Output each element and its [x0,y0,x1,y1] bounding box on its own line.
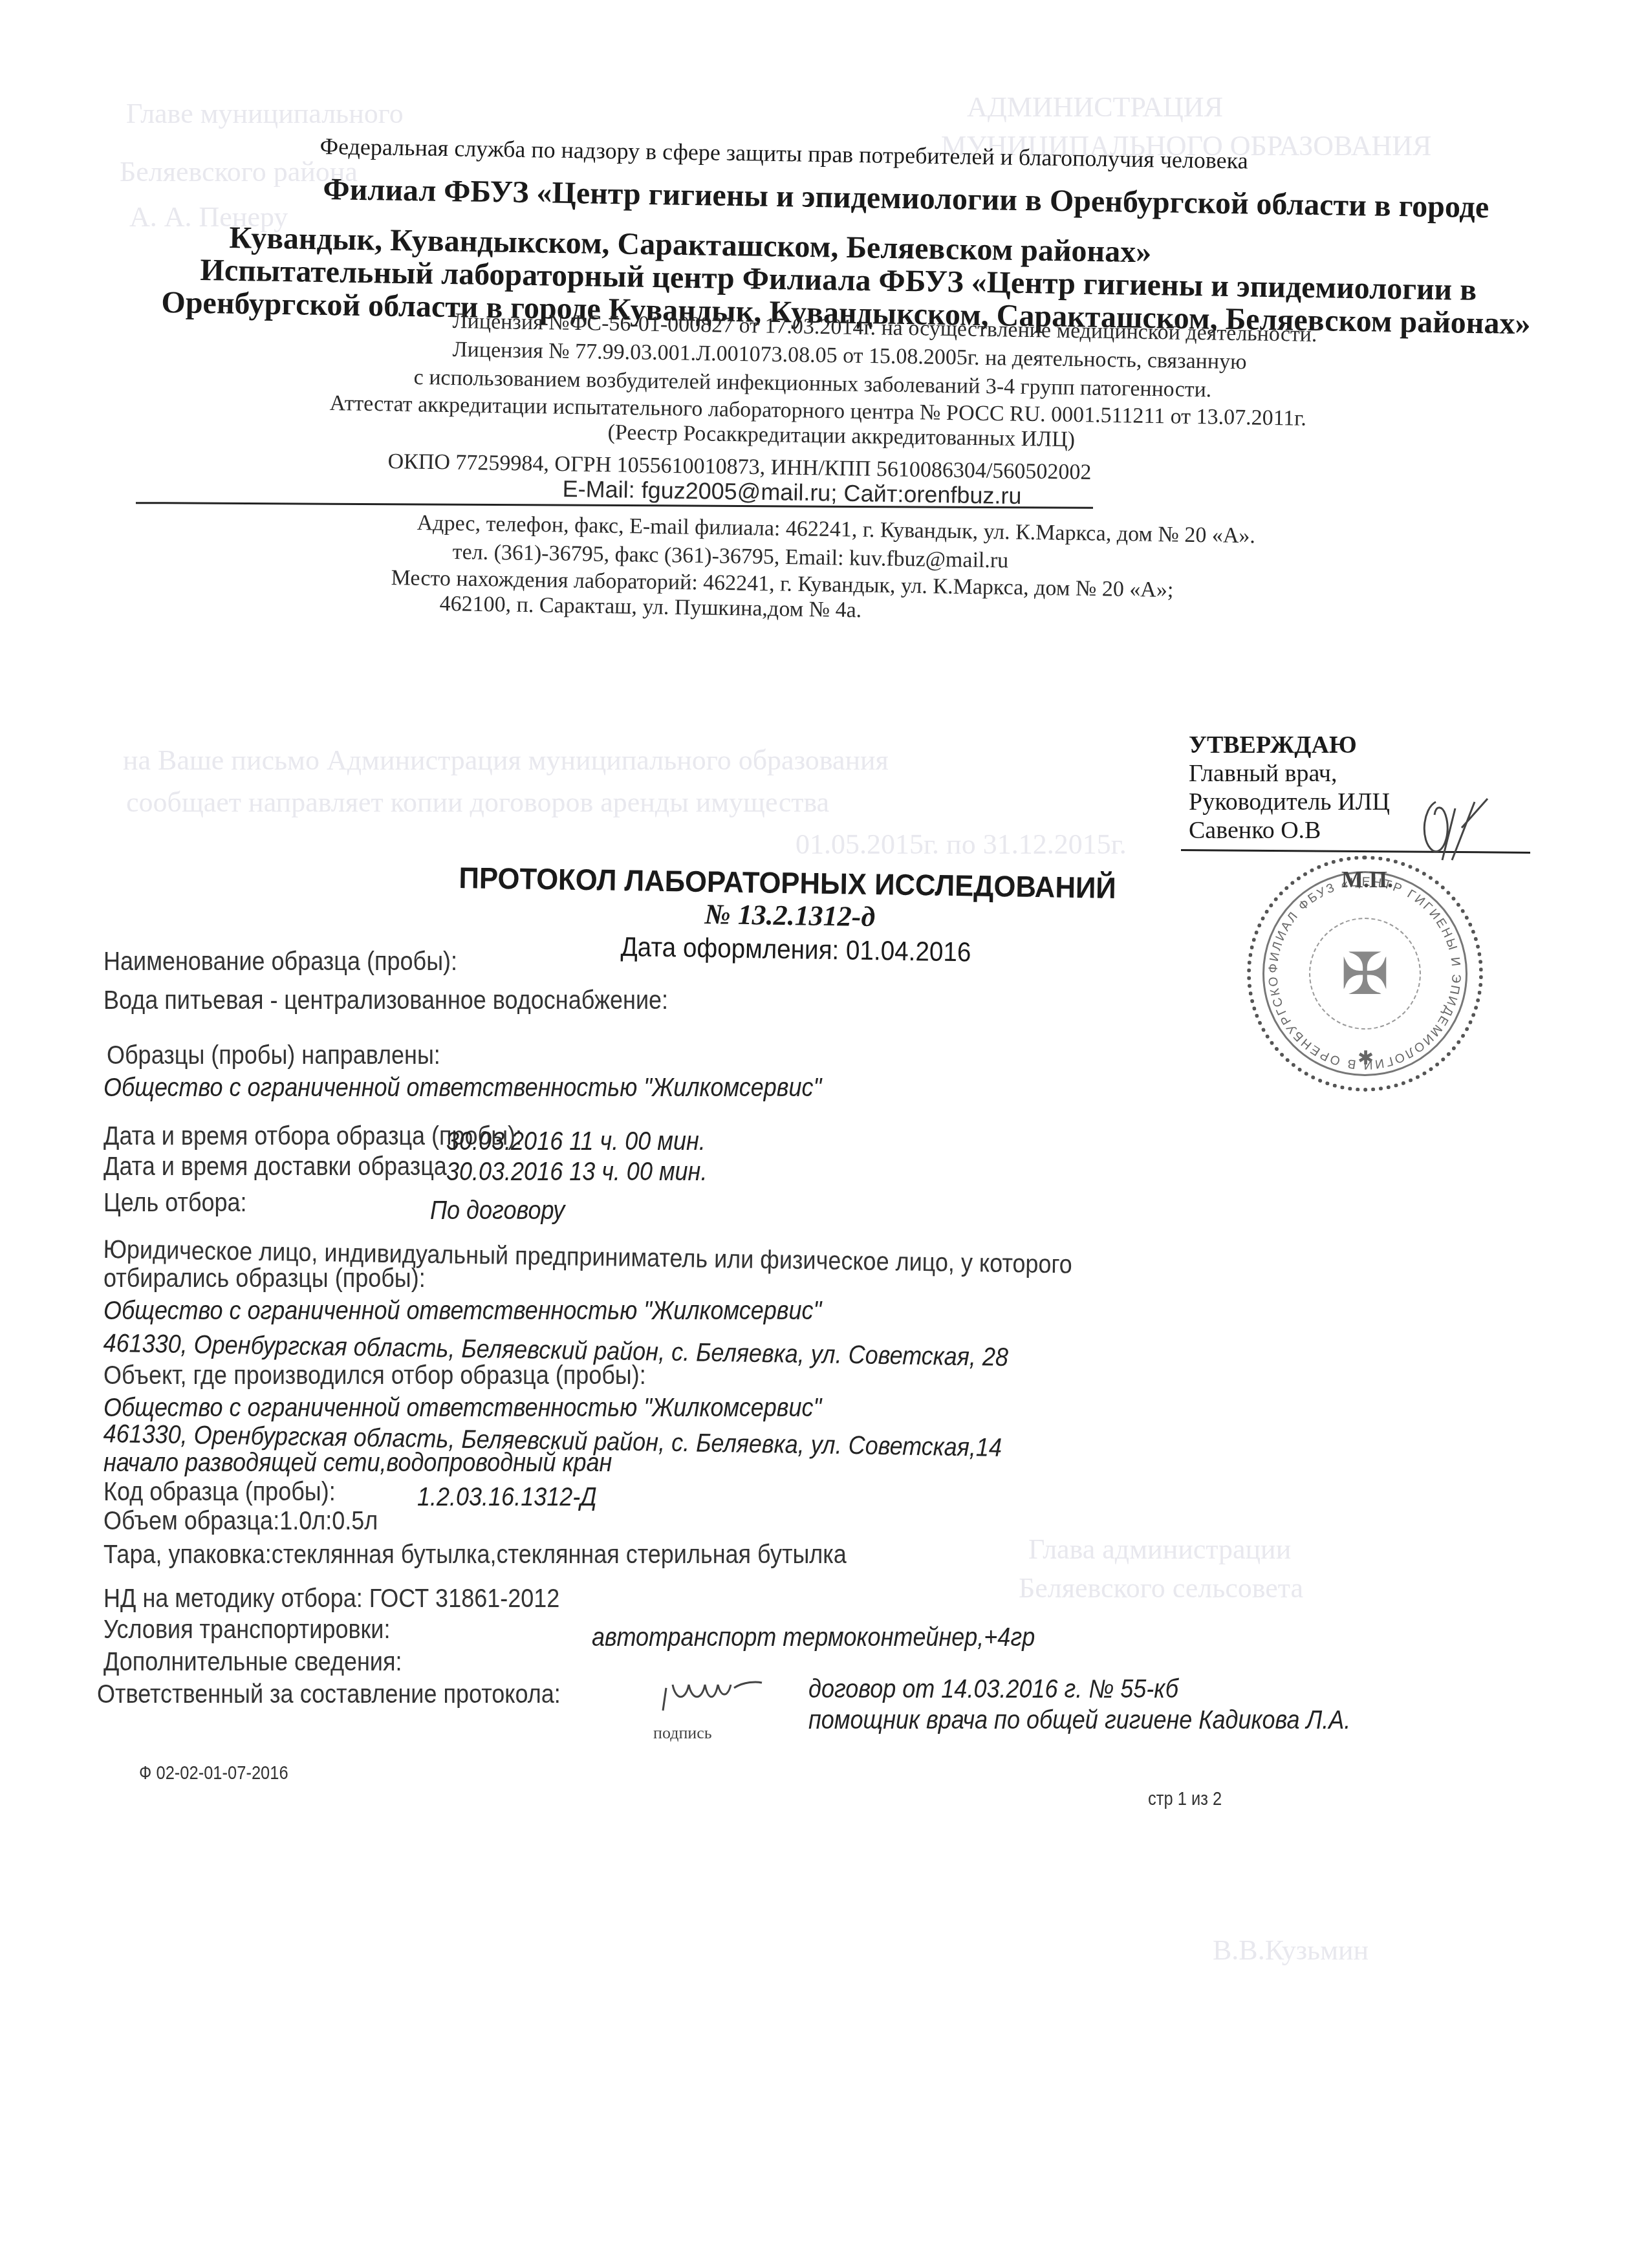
sample-name-value: Вода питьевая - централизованное водосна… [103,986,668,1015]
star-icon: ✱ [1358,1047,1374,1070]
object-value-line3: начало разводящей сети,водопроводный кра… [103,1449,612,1478]
sampling-datetime-value: 30.03.2016 11 ч. 00 мин. [446,1127,706,1156]
packaging: Тара, упаковка:стеклянная бутылка,стекля… [103,1540,847,1570]
delivery-datetime-value: 30.03.2016 13 ч. 00 мин. [446,1158,707,1187]
purpose-label: Цель отбора: [103,1189,247,1218]
sent-by-value: Общество с ограниченной ответственностью… [103,1074,821,1103]
protocol-date: Дата оформления: 01.04.2016 [620,931,971,968]
object-value-line1: Общество с ограниченной ответственностью… [103,1394,821,1423]
purpose-value: По договору [430,1196,565,1226]
page-number: стр 1 из 2 [1148,1788,1222,1810]
eagle-emblem-icon: ✠ [1341,940,1389,1008]
responsible-label: Ответственный за составление протокола: [97,1680,561,1709]
additional-info-value: договор от 14.03.2016 г. № 55-кб [808,1675,1178,1704]
sample-code-label: Код образца (пробы): [103,1478,336,1507]
object-label: Объект, где производился отбор образца (… [103,1361,646,1390]
transport-value: автотранспорт термоконтейнер,+4гр [592,1623,1035,1652]
approval-name: Савенко О.В [1189,816,1390,845]
sample-code-value: 1.2.03.16.1312-Д [417,1483,597,1512]
responsible-signature-icon [660,1675,763,1720]
show-through-text: АДМИНИСТРАЦИЯ [967,91,1223,124]
director-signature-icon [1416,795,1494,867]
transport-label: Условия транспортировки: [103,1615,390,1645]
delivery-datetime-label: Дата и время доставки образца [103,1152,447,1182]
show-through-text: Главе муниципального [126,97,404,130]
show-through-text: Беляевского района [120,155,358,188]
official-seal-icon: ФИЛИАЛ ФБУЗ «ЦЕНТР ГИГИЕНЫ И ЭПИДЕМИОЛОГ… [1247,856,1483,1092]
approval-title: УТВЕРЖДАЮ [1189,731,1357,759]
show-through-text: 01.05.2015г. по 31.12.2015г. [796,828,1127,861]
approval-position1: Главный врач, [1189,759,1390,788]
stamp-mark: М.П. [1341,866,1393,893]
show-through-text: Глава администрации [1028,1533,1291,1566]
sent-by-label: Образцы (пробы) направлены: [107,1041,440,1070]
show-through-text: В.В.Кузьмин [1213,1934,1369,1967]
additional-info-label: Дополнительные сведения: [103,1648,402,1677]
form-code: Ф 02-02-01-07-2016 [139,1762,288,1784]
show-through-text: на Ваше письмо Администрация муниципальн… [123,744,889,777]
entity-label-line2: отбирались образцы (пробы): [103,1264,426,1293]
sample-volume: Объем образца:1.0л:0.5л [103,1507,378,1536]
protocol-number: № 13.2.1312-д [704,898,876,933]
entity-value-line1: Общество с ограниченной ответственностью… [103,1297,821,1326]
sampling-method: НД на методику отбора: ГОСТ 31861-2012 [103,1584,559,1614]
approval-position2: Руководитель ИЛЦ [1189,788,1390,816]
show-through-text: сообщает направляет копии договоров арен… [126,786,829,819]
branch-name-line1: Филиал ФБУЗ «Центр гигиены и эпидемиолог… [323,171,1489,225]
show-through-text: Беляевского сельсовета [1019,1571,1303,1604]
responsible-value: помощник врача по общей гигиене Кадикова… [808,1706,1350,1735]
document-page: АДМИНИСТРАЦИЯ МУНИЦИПАЛЬНОГО ОБРАЗОВАНИЯ… [0,0,1635,2268]
sample-name-label: Наименование образца (пробы): [103,947,457,977]
approval-block: УТВЕРЖДАЮ Главный врач, Руководитель ИЛЦ… [1189,731,1390,845]
signature-caption: подпись [653,1723,712,1743]
